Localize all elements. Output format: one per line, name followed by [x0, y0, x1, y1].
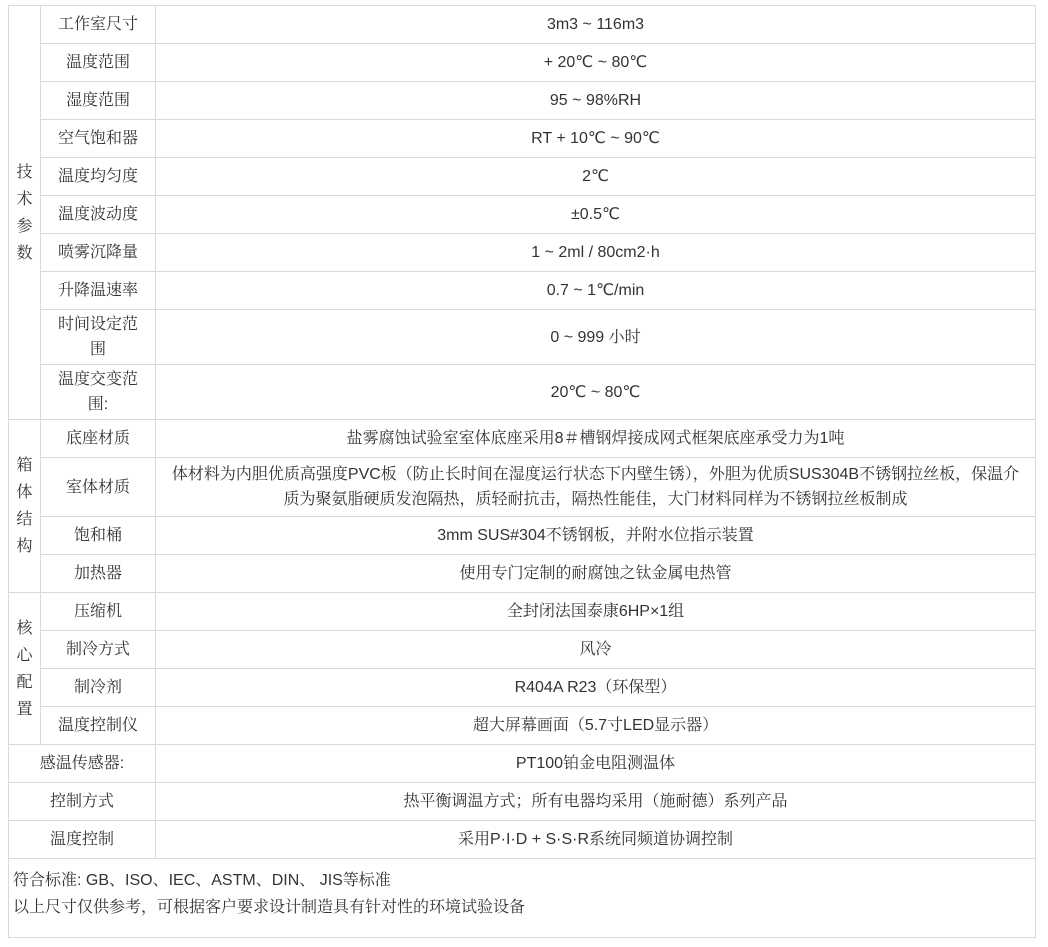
table-row: 技术参数工作室尺寸3m3 ~ 116m3 — [9, 6, 1036, 44]
param-label: 底座材质 — [41, 420, 156, 458]
param-value: 95 ~ 98%RH — [156, 82, 1036, 120]
param-value: 0 ~ 999 小时 — [156, 310, 1036, 365]
table-row: 控制方式热平衡调温方式；所有电器均采用（施耐德）系列产品 — [9, 783, 1036, 821]
table-row: 核心配置压缩机全封闭法国泰康6HP×1组 — [9, 593, 1036, 631]
table-row: 符合标准: GB、ISO、IEC、ASTM、DIN、 JIS等标准以上尺寸仅供参… — [9, 859, 1036, 938]
param-value: 全封闭法国泰康6HP×1组 — [156, 593, 1036, 631]
param-label: 制冷方式 — [41, 631, 156, 669]
param-value: 热平衡调温方式；所有电器均采用（施耐德）系列产品 — [156, 783, 1036, 821]
param-value: 3m3 ~ 116m3 — [156, 6, 1036, 44]
table-row: 饱和桶3mm SUS#304不锈钢板，并附水位指示装置 — [9, 517, 1036, 555]
param-label: 工作室尺寸 — [41, 6, 156, 44]
param-value: 2℃ — [156, 158, 1036, 196]
table-row: 温度范围+ 20℃ ~ 80℃ — [9, 44, 1036, 82]
param-value: 盐雾腐蚀试验室室体底座采用8＃槽钢焊接成网式框架底座承受力为1吨 — [156, 420, 1036, 458]
param-label: 空气饱和器 — [41, 120, 156, 158]
param-label: 温度控制仪 — [41, 707, 156, 745]
group-label: 技术参数 — [9, 6, 41, 420]
param-label: 饱和桶 — [41, 517, 156, 555]
param-label: 温度控制 — [9, 821, 156, 859]
param-label: 时间设定范围 — [41, 310, 156, 365]
table-row: 温度波动度±0.5℃ — [9, 196, 1036, 234]
table-row: 箱体结构底座材质盐雾腐蚀试验室室体底座采用8＃槽钢焊接成网式框架底座承受力为1吨 — [9, 420, 1036, 458]
table-row: 时间设定范围0 ~ 999 小时 — [9, 310, 1036, 365]
spec-table-body: 技术参数工作室尺寸3m3 ~ 116m3温度范围+ 20℃ ~ 80℃湿度范围9… — [9, 6, 1036, 938]
param-value: 20℃ ~ 80℃ — [156, 365, 1036, 420]
group-label: 箱体结构 — [9, 420, 41, 593]
table-row: 湿度范围95 ~ 98%RH — [9, 82, 1036, 120]
param-value: 0.7 ~ 1℃/min — [156, 272, 1036, 310]
standards-note-line: 符合标准: GB、ISO、IEC、ASTM、DIN、 JIS等标准 — [13, 867, 1029, 894]
table-row: 制冷剂R404A R23（环保型） — [9, 669, 1036, 707]
param-value: 采用P·I·D + S·S·R系统同频道协调控制 — [156, 821, 1036, 859]
table-row: 加热器使用专门定制的耐腐蚀之钛金属电热管 — [9, 555, 1036, 593]
param-value: RT + 10℃ ~ 90℃ — [156, 120, 1036, 158]
param-label: 湿度范围 — [41, 82, 156, 120]
param-value: R404A R23（环保型） — [156, 669, 1036, 707]
table-row: 温度控制采用P·I·D + S·S·R系统同频道协调控制 — [9, 821, 1036, 859]
param-value: 使用专门定制的耐腐蚀之钛金属电热管 — [156, 555, 1036, 593]
param-label: 室体材质 — [41, 458, 156, 517]
param-label: 压缩机 — [41, 593, 156, 631]
table-row: 温度均匀度2℃ — [9, 158, 1036, 196]
param-label: 温度波动度 — [41, 196, 156, 234]
standards-note: 符合标准: GB、ISO、IEC、ASTM、DIN、 JIS等标准以上尺寸仅供参… — [9, 859, 1036, 938]
table-row: 制冷方式风冷 — [9, 631, 1036, 669]
param-label: 升降温速率 — [41, 272, 156, 310]
param-value: ±0.5℃ — [156, 196, 1036, 234]
param-label: 温度均匀度 — [41, 158, 156, 196]
param-label: 感温传感器: — [9, 745, 156, 783]
param-value: 1 ~ 2ml / 80cm2·h — [156, 234, 1036, 272]
param-value: 风冷 — [156, 631, 1036, 669]
param-value: 3mm SUS#304不锈钢板，并附水位指示装置 — [156, 517, 1036, 555]
standards-note-line: 以上尺寸仅供参考，可根据客户要求设计制造具有针对性的环境试验设备 — [13, 894, 1029, 921]
table-row: 升降温速率0.7 ~ 1℃/min — [9, 272, 1036, 310]
table-row: 温度控制仪超大屏幕画面（5.7寸LED显示器） — [9, 707, 1036, 745]
param-value: 超大屏幕画面（5.7寸LED显示器） — [156, 707, 1036, 745]
param-label: 加热器 — [41, 555, 156, 593]
table-row: 温度交变范围:20℃ ~ 80℃ — [9, 365, 1036, 420]
table-row: 喷雾沉降量1 ~ 2ml / 80cm2·h — [9, 234, 1036, 272]
table-row: 室体材质体材料为内胆优质高强度PVC板（防止长时间在湿度运行状态下内壁生锈），外… — [9, 458, 1036, 517]
param-label: 温度范围 — [41, 44, 156, 82]
table-row: 感温传感器:PT100铂金电阻测温体 — [9, 745, 1036, 783]
spec-page: 技术参数工作室尺寸3m3 ~ 116m3温度范围+ 20℃ ~ 80℃湿度范围9… — [0, 0, 1048, 947]
param-label: 喷雾沉降量 — [41, 234, 156, 272]
param-label: 制冷剂 — [41, 669, 156, 707]
table-row: 空气饱和器RT + 10℃ ~ 90℃ — [9, 120, 1036, 158]
param-value: 体材料为内胆优质高强度PVC板（防止长时间在湿度运行状态下内壁生锈），外胆为优质… — [156, 458, 1036, 517]
param-label: 温度交变范围: — [41, 365, 156, 420]
param-label: 控制方式 — [9, 783, 156, 821]
spec-table: 技术参数工作室尺寸3m3 ~ 116m3温度范围+ 20℃ ~ 80℃湿度范围9… — [8, 5, 1036, 938]
param-value: PT100铂金电阻测温体 — [156, 745, 1036, 783]
param-value: + 20℃ ~ 80℃ — [156, 44, 1036, 82]
group-label: 核心配置 — [9, 593, 41, 745]
